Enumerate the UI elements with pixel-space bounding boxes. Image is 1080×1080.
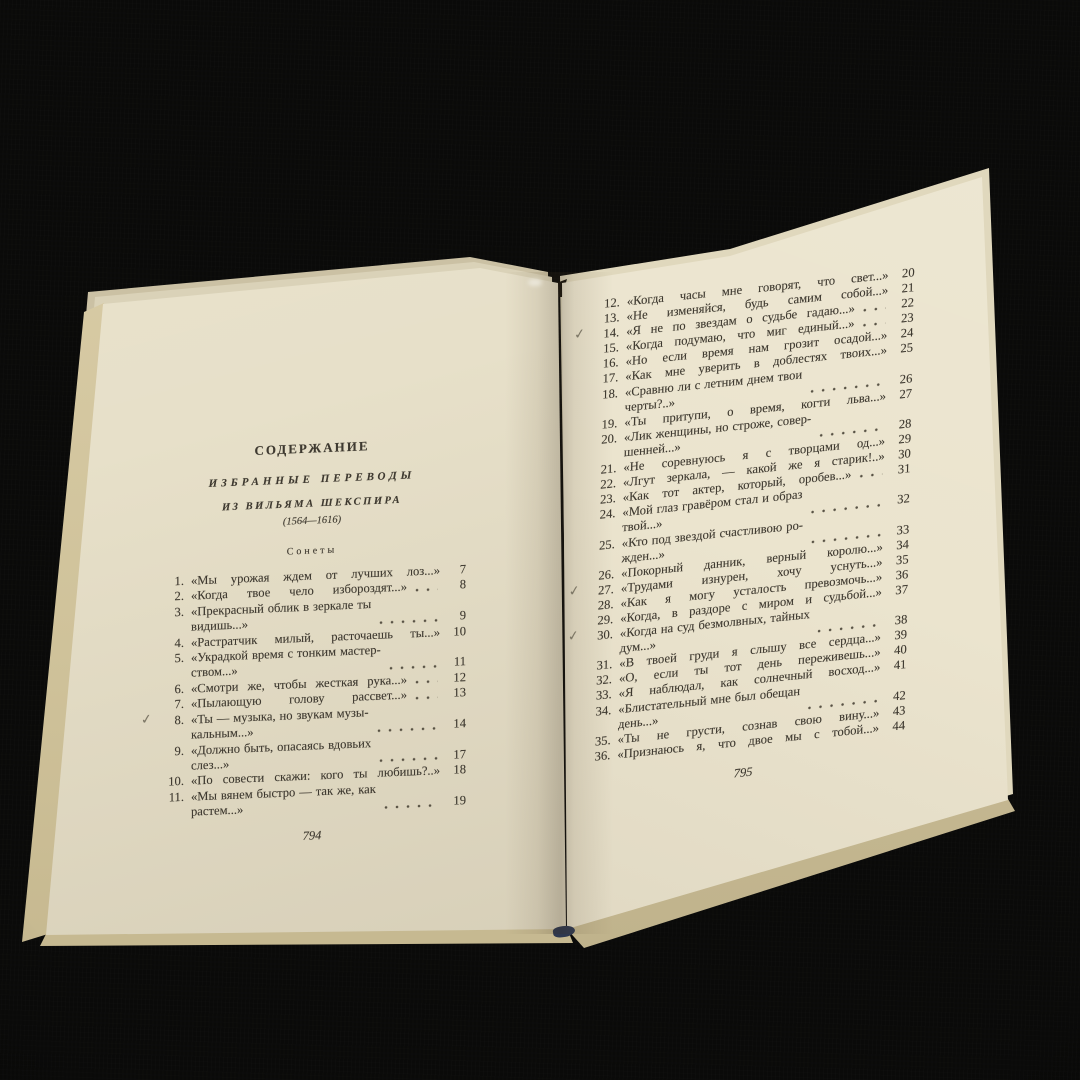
dot-leader — [388, 658, 438, 672]
pencil-checkmark-icon: ✓ — [568, 583, 580, 600]
right-page-text: 12.«Когда часы мне говорят, что свет...»… — [582, 265, 915, 797]
entry-number: 4. — [158, 636, 184, 652]
entry-number: 10. — [158, 774, 184, 790]
entry-number: 5. — [158, 651, 184, 667]
entry-number: 30. — [585, 627, 613, 645]
entry-page-number: 19 — [442, 793, 466, 809]
entry-number: 7. — [158, 697, 184, 713]
toc-entries-left: 1.«Мы урожая ждем от лучших лоз...»72.«К… — [158, 562, 466, 821]
pencil-checkmark-icon: ✓ — [574, 326, 586, 343]
entry-number: 9. — [158, 743, 184, 759]
book-photo-scene: СОДЕРЖАНИЕ ИЗБРАННЫЕ ПЕРЕВОДЫ ИЗ ВИЛЬЯМА… — [0, 0, 1080, 1080]
entry-number: 8. — [158, 713, 184, 729]
entry-number: 20. — [589, 431, 617, 449]
entry-page-number: 13 — [442, 685, 466, 701]
entry-page-number: 10 — [442, 624, 466, 640]
dot-leader — [414, 674, 438, 687]
entry-page-number: 44 — [881, 718, 905, 736]
entry-number: 24. — [587, 506, 615, 524]
section-title-sonnets: Сонеты — [158, 537, 466, 565]
entry-number: 2. — [158, 589, 184, 605]
entry-page-number: 11 — [442, 655, 466, 671]
entry-number: 6. — [158, 682, 184, 698]
dot-leader — [414, 581, 438, 594]
entry-page-number: 17 — [442, 747, 466, 763]
entry-number: 11. — [158, 790, 184, 806]
dot-leader — [414, 689, 438, 702]
entry-title: «Мы вянем быстро — так же, как растем...… — [191, 782, 376, 821]
dot-leader — [378, 612, 438, 627]
entry-page-number: 12 — [442, 670, 466, 686]
toc-subheading-selected-translations: ИЗБРАННЫЕ ПЕРЕВОДЫ — [158, 466, 466, 494]
pencil-checkmark-icon: ✓ — [567, 628, 579, 645]
entry-number: 25. — [587, 537, 615, 555]
entry-number: 36. — [582, 748, 610, 766]
dot-leader — [383, 797, 438, 811]
entry-number: 3. — [158, 605, 184, 621]
entry-number: 34. — [583, 703, 611, 721]
entry-page-number: 9 — [442, 608, 466, 624]
dot-leader — [378, 751, 438, 766]
entry-page-number: 7 — [442, 562, 466, 578]
entry-page-number: 8 — [442, 578, 466, 594]
pencil-checkmark-icon: ✓ — [140, 711, 152, 728]
spine-paper-fuzz — [528, 279, 542, 286]
entry-number: 1. — [158, 574, 184, 590]
toc-entries-right: 12.«Когда часы мне говорят, что свет...»… — [582, 265, 915, 766]
entry-page-number: 18 — [442, 762, 466, 778]
entry-page-number: 14 — [442, 716, 466, 732]
left-page-text: СОДЕРЖАНИЕ ИЗБРАННЫЕ ПЕРЕВОДЫ ИЗ ВИЛЬЯМА… — [158, 434, 466, 850]
entry-number: 18. — [590, 386, 618, 404]
